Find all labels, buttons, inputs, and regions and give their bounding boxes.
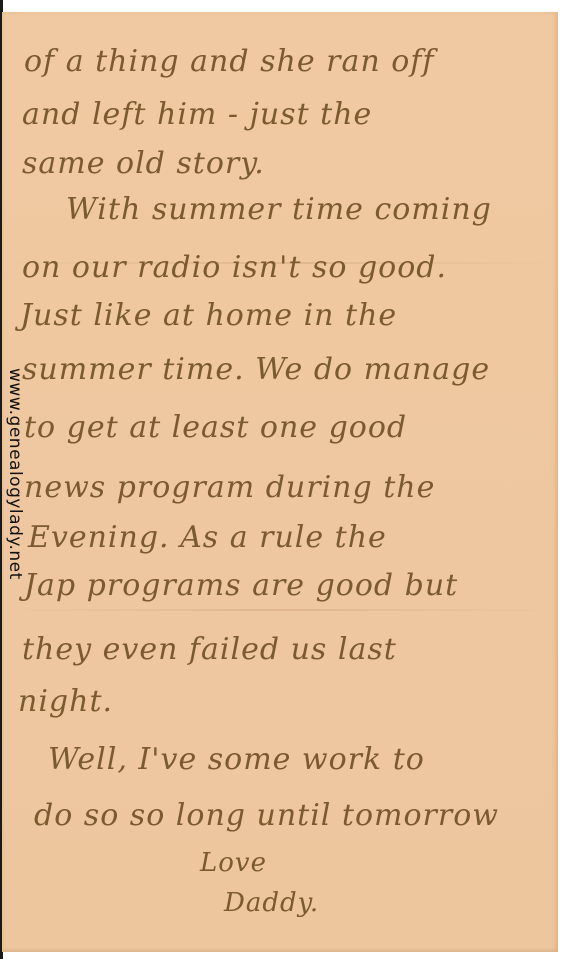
letter-line: news program during the — [24, 470, 435, 505]
letter-line: on our radio isn't so good. — [22, 250, 447, 285]
letter-line: night. — [18, 684, 113, 719]
letter-line: do so so long until tomorrow — [34, 798, 499, 833]
letter-line: With summer time coming — [66, 192, 492, 227]
letter-body: of a thing and she ran off and left him … — [2, 12, 558, 952]
letter-paper: of a thing and she ran off and left him … — [2, 12, 558, 952]
letter-line: same old story. — [22, 146, 265, 181]
letter-line: they even failed us last — [22, 632, 397, 667]
letter-line: and left him - just the — [22, 97, 372, 132]
letter-signature: Daddy. — [224, 888, 319, 918]
letter-line: to get at least one good — [24, 410, 407, 445]
letter-line: of a thing and she ran off — [24, 44, 434, 79]
letter-line: summer time. We do manage — [22, 352, 490, 387]
letter-line: Evening. As a rule the — [28, 520, 387, 555]
letter-closing: Love — [200, 848, 267, 878]
letter-line: Well, I've some work to — [48, 742, 425, 777]
website-watermark: www.genealogylady.net — [4, 368, 26, 618]
letter-line: Just like at home in the — [20, 298, 397, 333]
letter-line: Jap programs are good but — [24, 568, 458, 603]
scanned-letter: of a thing and she ran off and left him … — [0, 0, 569, 959]
